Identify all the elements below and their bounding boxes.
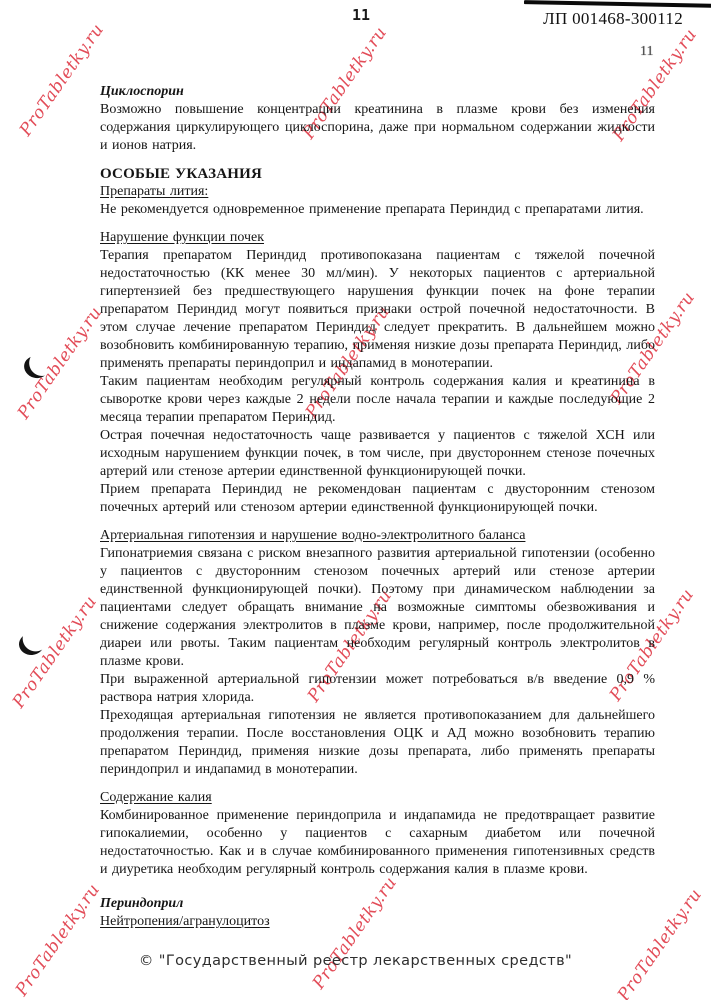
paragraph-lithium: Не рекомендуется одновременное применени…	[100, 201, 655, 219]
heading-potassium-content: Содержание калия	[100, 789, 655, 807]
paragraph-hypotension-3: Преходящая артериальная гипотензия не яв…	[100, 707, 655, 779]
document-page: 11 ЛП 001468-300112 11 ProTabletky.ru Pr…	[0, 0, 711, 1000]
heading-renal-impairment: Нарушение функции почек	[100, 229, 655, 247]
document-body: Циклоспорин Возможно повышение концентра…	[100, 83, 655, 931]
registration-number: ЛП 001468-300112	[543, 9, 683, 29]
heading-lithium-preparations: Препараты лития:	[100, 183, 655, 201]
watermark: ProTabletky.ru	[12, 880, 104, 1000]
heading-neutropenia: Нейтропения/агранулоцитоз	[100, 913, 655, 931]
heading-perindopril: Периндоприл	[100, 895, 655, 913]
page-number-secondary: 11	[640, 44, 653, 60]
page-number: 11	[352, 6, 370, 24]
paragraph-renal-4: Прием препарата Периндид не рекомендован…	[100, 481, 655, 517]
heading-cyclosporin: Циклоспорин	[100, 83, 655, 101]
paragraph-cyclosporin: Возможно повышение концентрации креатини…	[100, 101, 655, 155]
paragraph-renal-1: Терапия препаратом Периндид противопоказ…	[100, 247, 655, 373]
watermark: ProTabletky.ru	[16, 20, 108, 140]
heading-special-instructions: ОСОБЫЕ УКАЗАНИЯ	[100, 165, 655, 183]
paragraph-hypotension-2: При выраженной артериальной гипотензии м…	[100, 671, 655, 707]
ink-mark	[18, 632, 44, 656]
ink-mark	[22, 353, 52, 380]
paragraph-hypotension-1: Гипонатриемия связана с риском внезапног…	[100, 545, 655, 671]
heading-hypotension-balance: Артериальная гипотензия и нарушение водн…	[100, 527, 655, 545]
paragraph-renal-3: Острая почечная недостаточность чаще раз…	[100, 427, 655, 481]
paragraph-potassium: Комбинированное применение периндоприла …	[100, 807, 655, 879]
scan-artifact-line	[524, 0, 711, 8]
footer-copyright: © "Государственный реестр лекарственных …	[0, 953, 711, 969]
paragraph-renal-2: Таким пациентам необходим регулярный кон…	[100, 373, 655, 427]
